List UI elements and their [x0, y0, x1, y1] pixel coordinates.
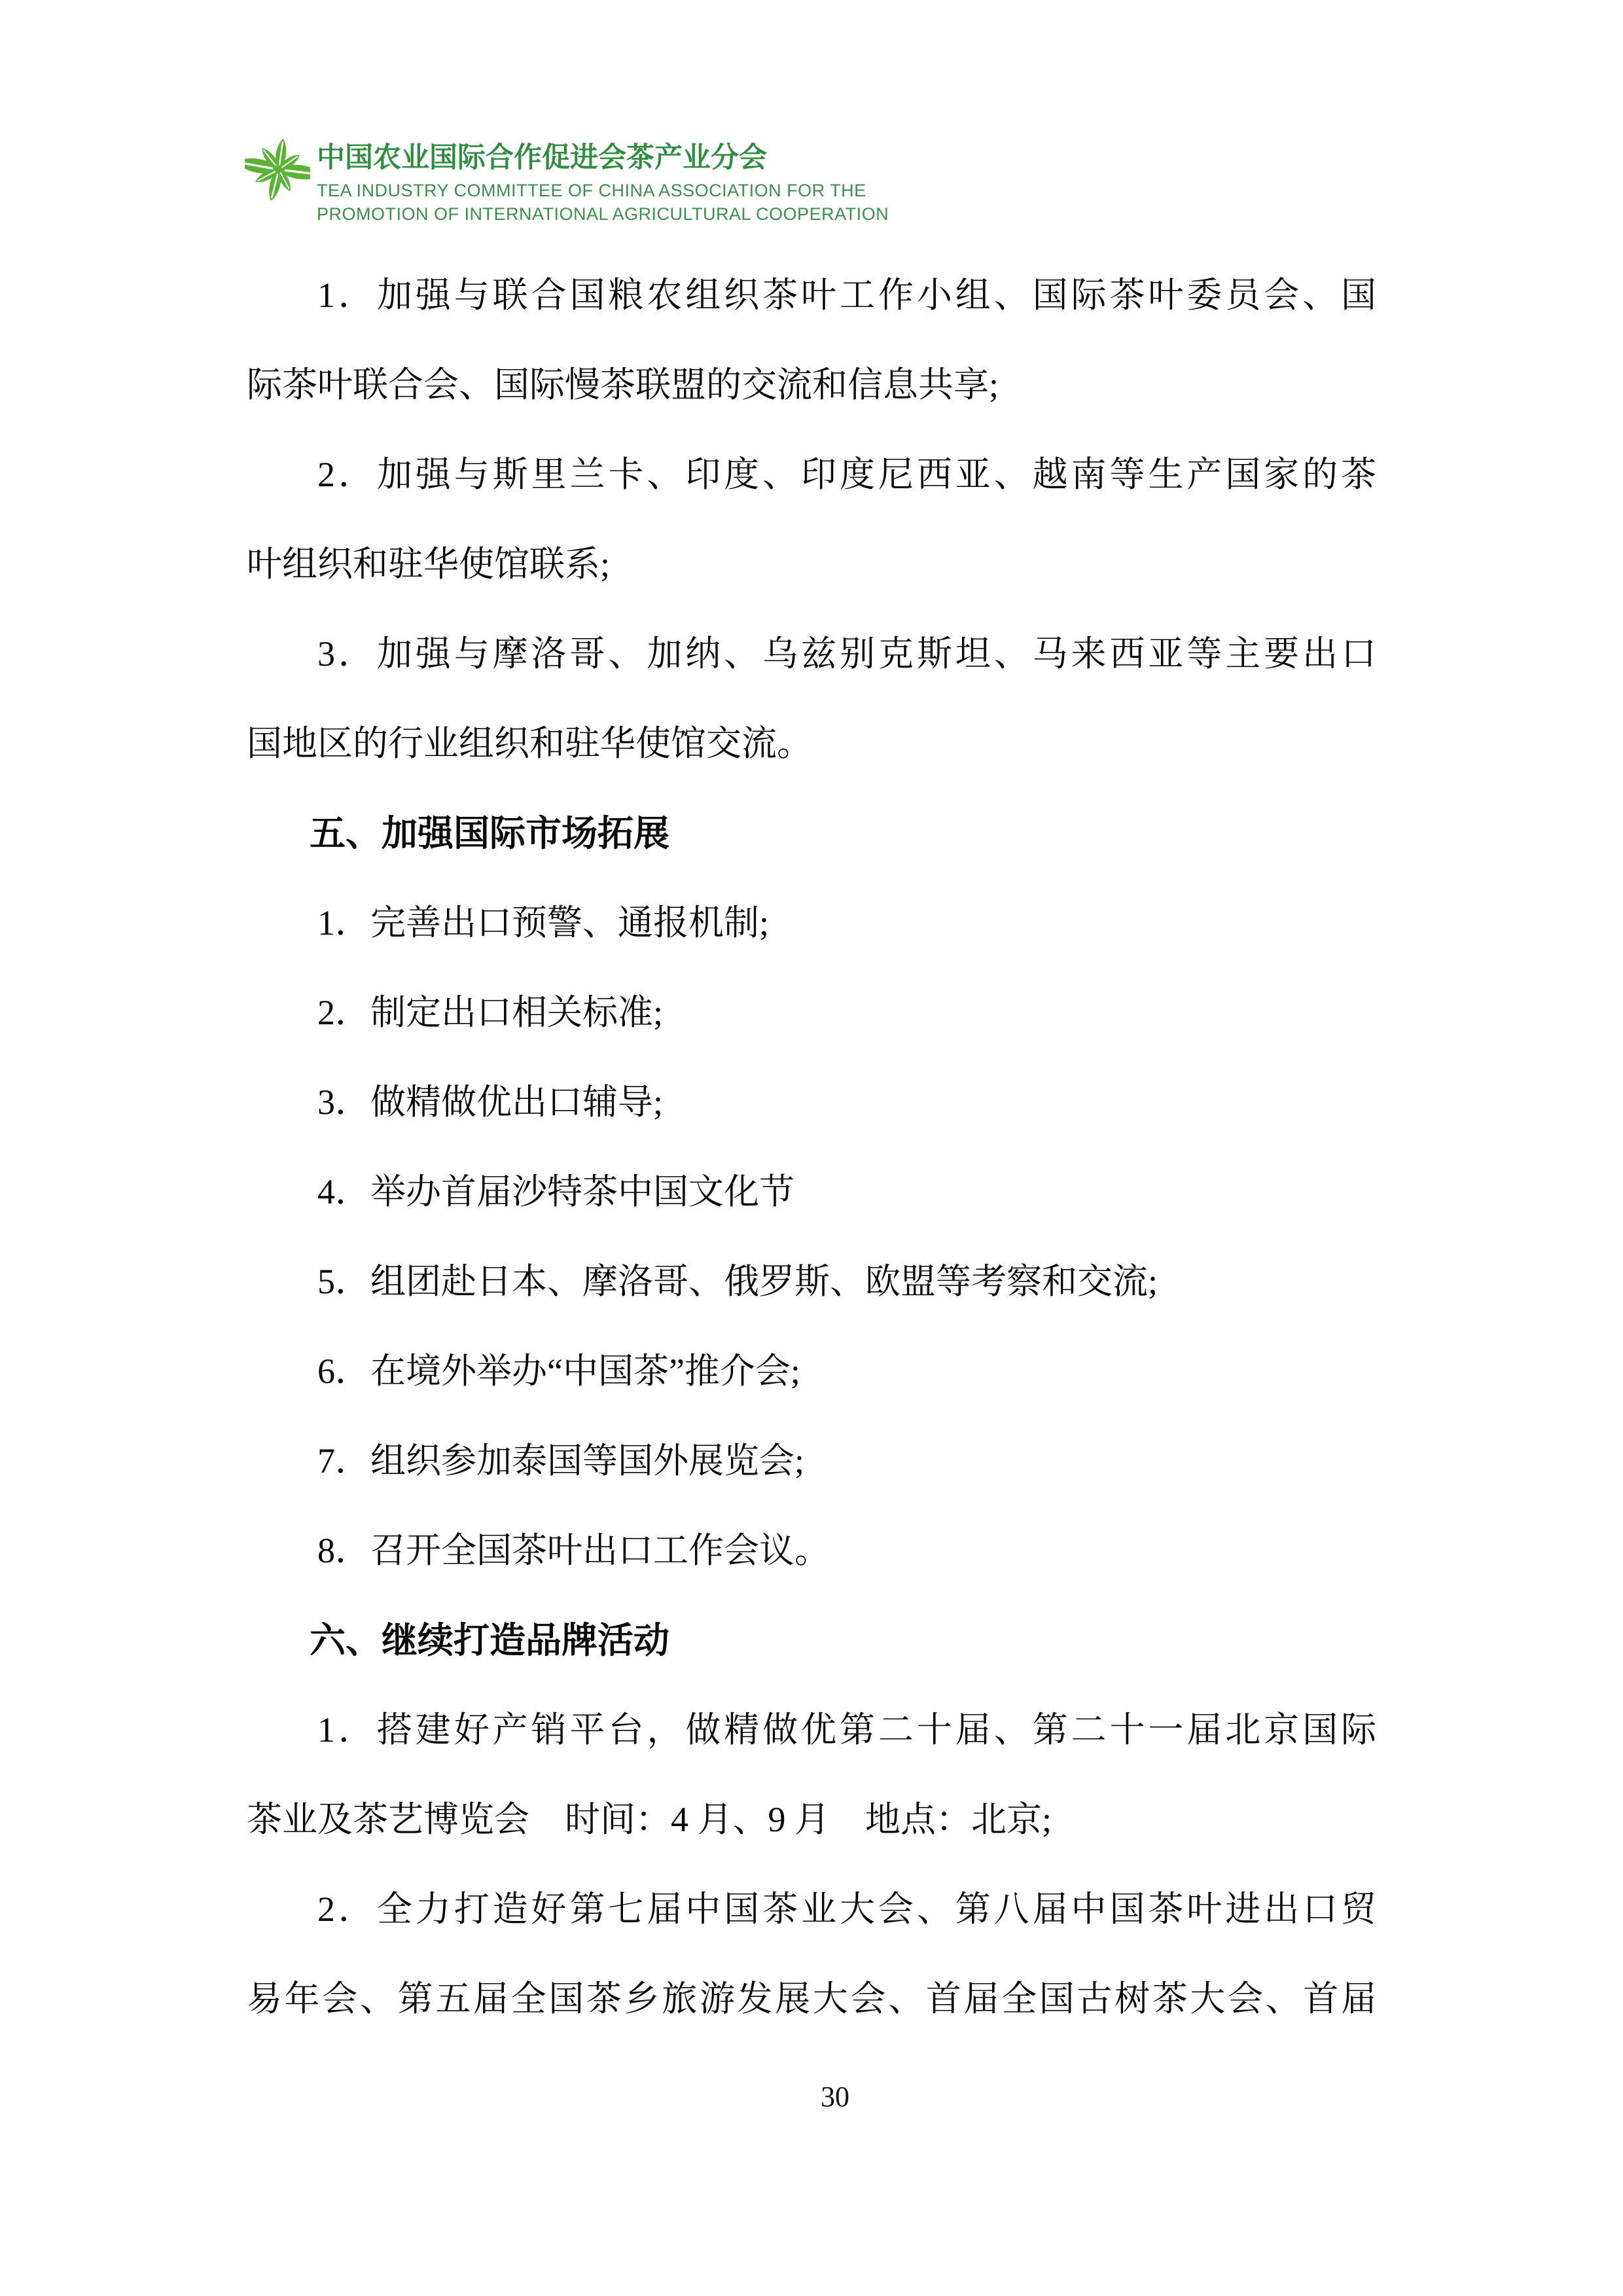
paragraph-line: 2．全力打造好第七届中国茶业大会、第八届中国茶叶进出口贸	[247, 1865, 1376, 1954]
paragraph-line: 1．加强与联合国粮农组织茶叶工作小组、国际茶叶委员会、国	[247, 251, 1376, 340]
list-item-line: 3．做精做优出口辅导;	[247, 1058, 1376, 1147]
org-name-english: TEA INDUSTRY COMMITTEE OF CHINA ASSOCIAT…	[317, 179, 824, 226]
section-heading-6: 六、继续打造品牌活动	[247, 1596, 1376, 1685]
paragraph-line: 际茶叶联合会、国际慢茶联盟的交流和信息共享;	[247, 340, 1376, 430]
paragraph-line: 1．搭建好产销平台，做精做优第二十届、第二十一届北京国际	[247, 1685, 1376, 1775]
org-name-english-line2: PROMOTION OF INTERNATIONAL AGRICULTURAL …	[317, 202, 824, 226]
section-heading-5: 五、加强国际市场拓展	[247, 789, 1376, 878]
list-item-line: 8．召开全国茶叶出口工作会议。	[247, 1506, 1376, 1596]
org-name-english-line1: TEA INDUSTRY COMMITTEE OF CHINA ASSOCIAT…	[317, 179, 824, 202]
document-body: 1．加强与联合国粮农组织茶叶工作小组、国际茶叶委员会、国 际茶叶联合会、国际慢茶…	[247, 251, 1376, 2044]
paragraph-line: 3．加强与摩洛哥、加纳、乌兹别克斯坦、马来西亚等主要出口	[247, 609, 1376, 699]
paragraph-line: 易年会、第五届全国茶乡旅游发展大会、首届全国古树茶大会、首届	[247, 1954, 1376, 2044]
paragraph-line: 国地区的行业组织和驻华使馆交流。	[247, 699, 1376, 789]
org-names: 中国农业国际合作促进会茶产业分会 TEA INDUSTRY COMMITTEE …	[317, 134, 824, 226]
list-item-line: 4．举办首届沙特茶中国文化节	[247, 1147, 1376, 1237]
page-number: 30	[0, 2080, 1623, 2114]
list-item-line: 1．完善出口预警、通报机制;	[247, 878, 1376, 968]
list-item-line: 2．制定出口相关标准;	[247, 968, 1376, 1058]
paragraph-line: 茶业及茶艺博览会 时间：4 月、9 月 地点：北京;	[247, 1775, 1376, 1865]
org-name-chinese: 中国农业国际合作促进会茶产业分会	[317, 141, 767, 174]
list-item-line: 6．在境外举办“中国茶”推介会;	[247, 1327, 1376, 1416]
list-item-line: 7．组织参加泰国等国外展览会;	[247, 1416, 1376, 1506]
document-page: 中国农业国际合作促进会茶产业分会 TEA INDUSTRY COMMITTEE …	[0, 0, 1623, 2296]
paragraph-line: 2．加强与斯里兰卡、印度、印度尼西亚、越南等生产国家的茶	[247, 430, 1376, 520]
list-item-line: 5．组团赴日本、摩洛哥、俄罗斯、欧盟等考察和交流;	[247, 1237, 1376, 1327]
paragraph-line: 叶组织和驻华使馆联系;	[247, 520, 1376, 609]
tea-leaf-pinwheel-icon	[245, 134, 310, 200]
org-letterhead: 中国农业国际合作促进会茶产业分会 TEA INDUSTRY COMMITTEE …	[245, 134, 824, 226]
